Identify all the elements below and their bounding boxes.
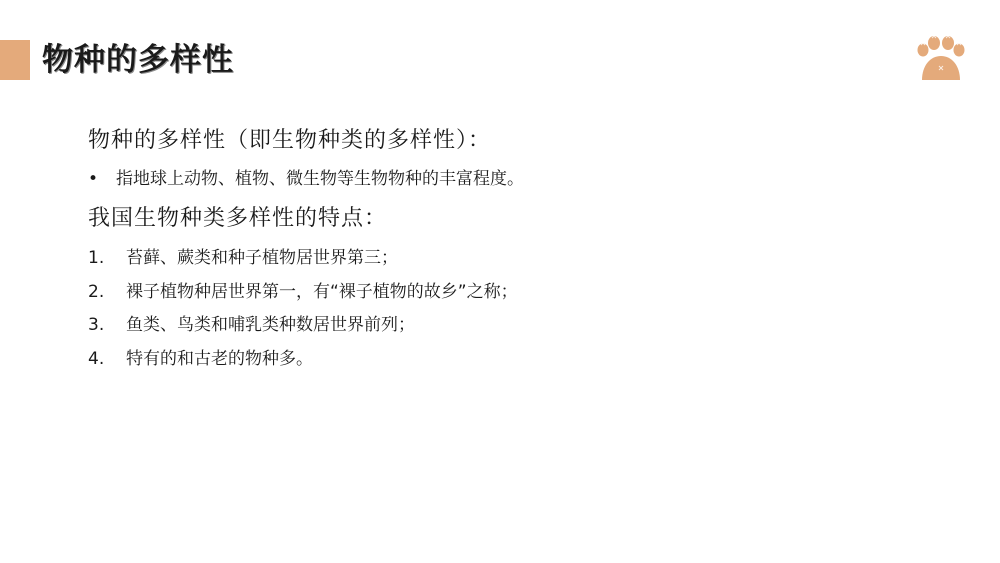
bullet-marker: •: [88, 164, 116, 194]
bullet-item: • 指地球上动物、植物、微生物等生物物种的丰富程度。: [88, 164, 524, 194]
list-item: 4. 特有的和古老的物种多。: [88, 343, 518, 377]
list-item: 2. 裸子植物种居世界第一，有“裸子植物的故乡”之称；: [88, 276, 518, 310]
list-number: 1.: [88, 242, 126, 276]
title-accent-bar: [0, 40, 30, 80]
list-number: 3.: [88, 309, 126, 343]
features-heading: 我国生物种类多样性的特点：: [88, 202, 387, 236]
list-text: 特有的和古老的物种多。: [126, 343, 313, 377]
list-text: 苔藓、蕨类和种子植物居世界第三；: [126, 242, 398, 276]
list-item: 3. 鱼类、鸟类和哺乳类种数居世界前列；: [88, 309, 518, 343]
features-list: 1. 苔藓、蕨类和种子植物居世界第三； 2. 裸子植物种居世界第一，有“裸子植物…: [88, 242, 518, 376]
definition-heading: 物种的多样性（即生物种类的多样性）：: [88, 124, 491, 158]
list-text: 鱼类、鸟类和哺乳类种数居世界前列；: [126, 309, 415, 343]
bullet-text: 指地球上动物、植物、微生物等生物物种的丰富程度。: [116, 164, 524, 194]
list-number: 2.: [88, 276, 126, 310]
list-number: 4.: [88, 343, 126, 377]
slide-title: 物种的多样性: [42, 38, 234, 82]
paw-icon: [912, 30, 970, 84]
list-text: 裸子植物种居世界第一，有“裸子植物的故乡”之称；: [126, 276, 518, 310]
list-item: 1. 苔藓、蕨类和种子植物居世界第三；: [88, 242, 518, 276]
